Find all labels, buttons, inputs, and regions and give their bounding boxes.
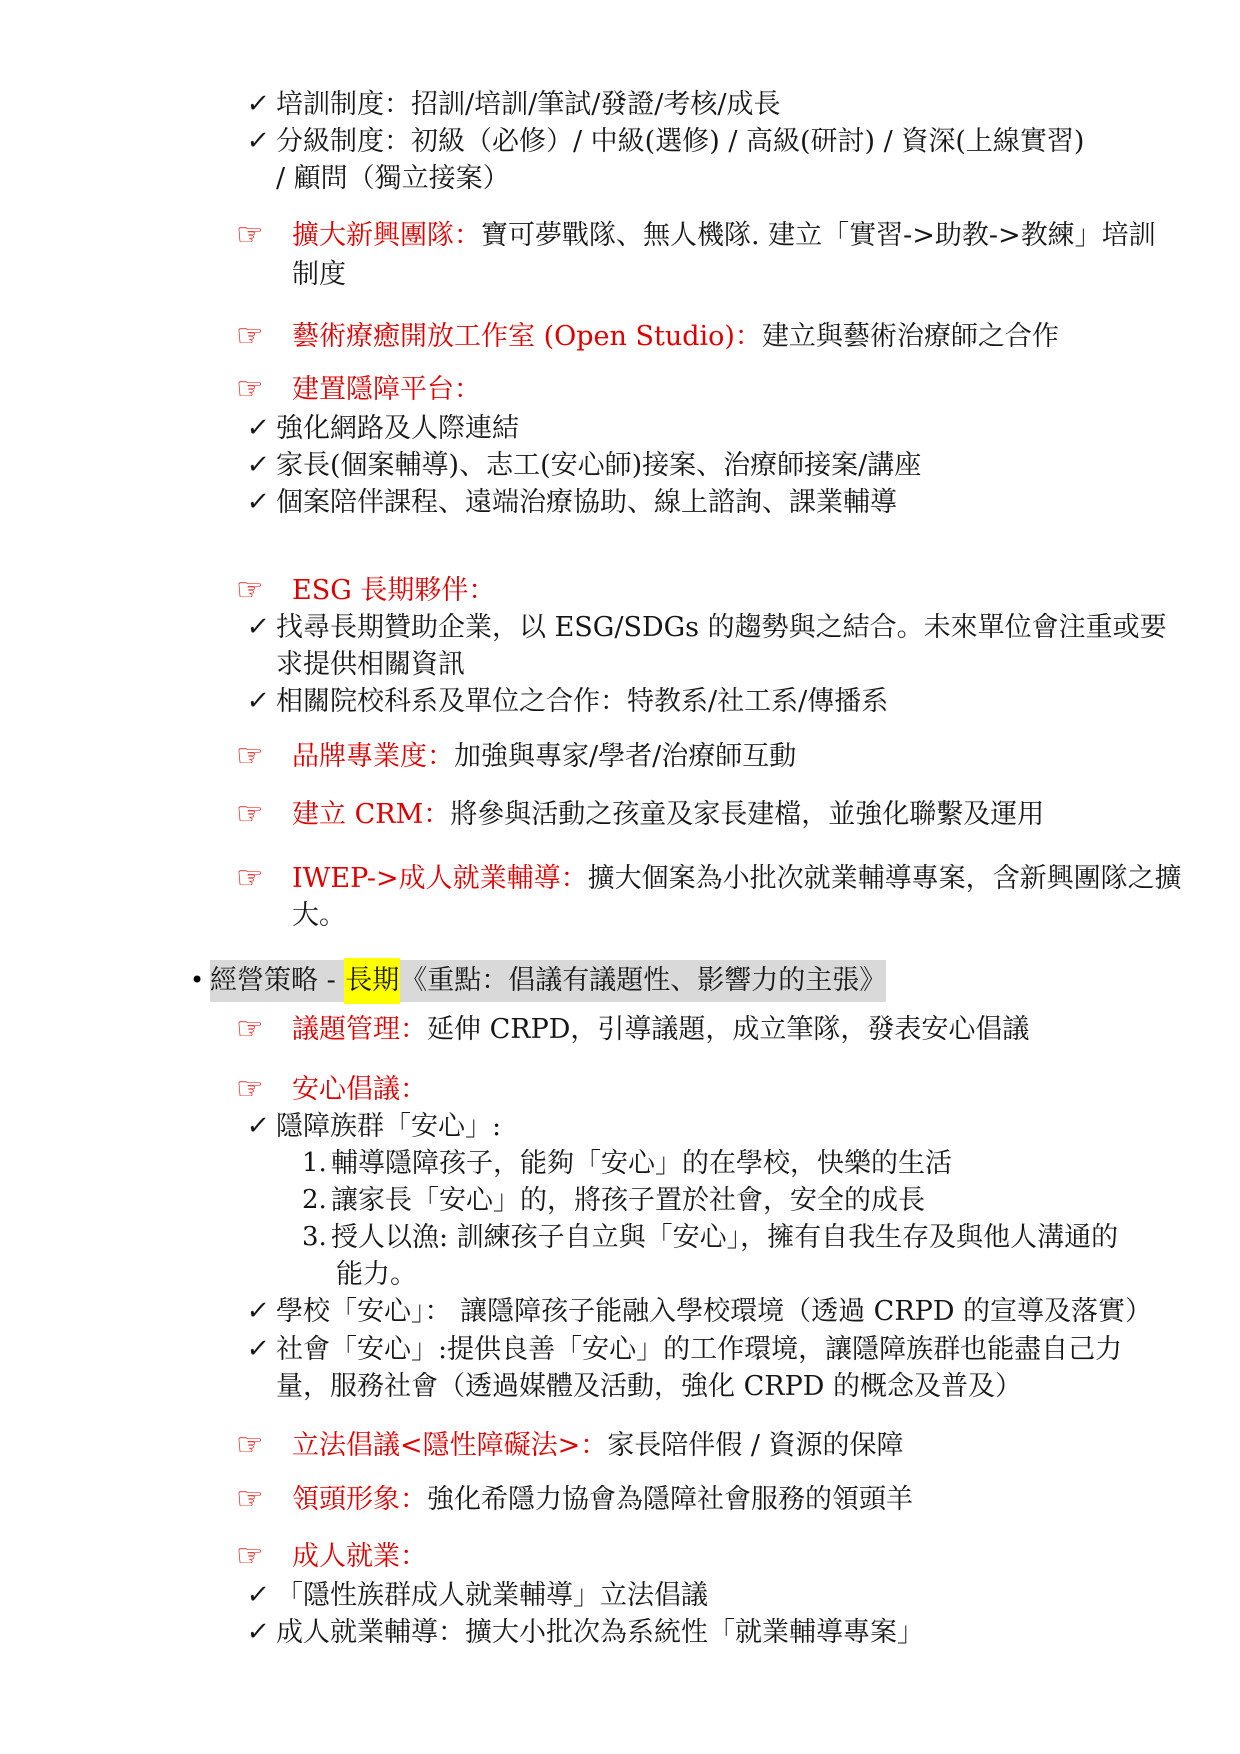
text-segment: 建置隱障平台： bbox=[292, 374, 481, 405]
continuation-line: 量，服務社會（透過媒體及活動，強化 CRPD 的概念及普及） bbox=[0, 1368, 1240, 1405]
pointer-item: ☞建置隱障平台： bbox=[0, 371, 1240, 408]
text-segment: 大。 bbox=[292, 900, 346, 931]
checklist-item: ✓成人就業輔導：擴大小批次為系統性「就業輔導專案」 bbox=[0, 1614, 1240, 1651]
text-segment: 品牌專業度： bbox=[292, 741, 454, 772]
text-segment: 經營策略 - bbox=[210, 960, 344, 1002]
check-icon: ✓ bbox=[244, 1108, 271, 1145]
text-segment: 求提供相關資訊 bbox=[276, 649, 465, 680]
text-segment: / 顧問（獨立接案） bbox=[276, 163, 510, 194]
pointer-item: ☞領頭形象：強化希隱力協會為隱障社會服務的領頭羊 bbox=[0, 1481, 1240, 1518]
text-segment: 成人就業： bbox=[292, 1541, 427, 1572]
text-segment: 隱障族群「安心」: bbox=[276, 1111, 501, 1142]
text-segment: 個案陪伴課程、遠端治療協助、線上諮詢、課業輔導 bbox=[276, 487, 897, 518]
text-segment: 「隱性族群成人就業輔導」立法倡議 bbox=[276, 1580, 708, 1611]
pointer-item: ☞安心倡議： bbox=[0, 1071, 1240, 1108]
continuation-line: 能力。 bbox=[0, 1256, 1240, 1293]
checklist-item: ✓社會「安心」:提供良善「安心」的工作環境，讓隱障族群也能盡自己力 bbox=[0, 1331, 1240, 1368]
bullet-icon: • bbox=[190, 962, 204, 999]
pointer-item: ☞品牌專業度：加強與專家/學者/治療師互動 bbox=[0, 738, 1240, 775]
text-segment: 藝術療癒開放工作室 (Open Studio)： bbox=[292, 321, 762, 352]
document-page: ✓培訓制度：招訓/培訓/筆試/發證/考核/成長✓分級制度：初級（必修）/ 中級(… bbox=[0, 0, 1240, 1754]
checklist-item: ✓培訓制度：招訓/培訓/筆試/發證/考核/成長 bbox=[0, 86, 1240, 123]
check-icon: ✓ bbox=[244, 1293, 271, 1330]
text-segment: 授人以漁: 訓練孩子自立與「安心」，擁有自我生存及與他人溝通的 bbox=[331, 1222, 1118, 1253]
check-icon: ✓ bbox=[244, 447, 271, 484]
text-segment: 找尋長期贊助企業，以 ESG/SDGs 的趨勢與之結合。未來單位會注重或要 bbox=[276, 612, 1167, 643]
text-segment: 強化希隱力協會為隱障社會服務的領頭羊 bbox=[427, 1484, 913, 1515]
pointer-item: ☞議題管理：延伸 CRPD，引導議題，成立筆隊，發表安心倡議 bbox=[0, 1011, 1240, 1048]
text-segment: 寶可夢戰隊、無人機隊. 建立「實習->助教->教練」培訓 bbox=[481, 220, 1156, 251]
checklist-item: ✓找尋長期贊助企業，以 ESG/SDGs 的趨勢與之結合。未來單位會注重或要 bbox=[0, 609, 1240, 646]
text-segment: 延伸 CRPD，引導議題，成立筆隊，發表安心倡議 bbox=[427, 1014, 1029, 1045]
pointing-finger-icon: ☞ bbox=[236, 318, 264, 355]
check-icon: ✓ bbox=[244, 609, 271, 646]
text-segment: 輔導隱障孩子，能夠「安心」的在學校，快樂的生活 bbox=[331, 1148, 952, 1179]
continuation-line: 制度 bbox=[0, 256, 1240, 293]
checklist-item: ✓強化網路及人際連結 bbox=[0, 410, 1240, 447]
pointer-item: ☞IWEP->成人就業輔導：擴大個案為小批次就業輔導專案，含新興團隊之擴 bbox=[0, 860, 1240, 897]
text-segment: 議題管理： bbox=[292, 1014, 427, 1045]
pointing-finger-icon: ☞ bbox=[236, 860, 264, 897]
pointing-finger-icon: ☞ bbox=[236, 1538, 264, 1575]
list-number: 3. bbox=[302, 1219, 327, 1256]
checklist-item: ✓「隱性族群成人就業輔導」立法倡議 bbox=[0, 1577, 1240, 1614]
pointing-finger-icon: ☞ bbox=[236, 1011, 264, 1048]
text-segment: ESG 長期夥伴： bbox=[292, 575, 495, 606]
pointing-finger-icon: ☞ bbox=[236, 572, 264, 609]
check-icon: ✓ bbox=[244, 123, 271, 160]
continuation-line: 求提供相關資訊 bbox=[0, 646, 1240, 683]
checklist-item: ✓分級制度：初級（必修）/ 中級(選修) / 高級(研討) / 資深(上線實習) bbox=[0, 123, 1240, 160]
section-bullet-item: •經營策略 - 長期《重點：倡議有議題性、影響力的主張》 bbox=[0, 962, 1240, 999]
document-content: ✓培訓制度：招訓/培訓/筆試/發證/考核/成長✓分級制度：初級（必修）/ 中級(… bbox=[0, 0, 1240, 1754]
text-segment: 強化網路及人際連結 bbox=[276, 413, 519, 444]
check-icon: ✓ bbox=[244, 484, 271, 521]
text-segment: 將參與活動之孩童及家長建檔，並強化聯繫及運用 bbox=[450, 799, 1044, 830]
checklist-item: ✓相關院校科系及單位之合作：特教系/社工系/傳播系 bbox=[0, 683, 1240, 720]
text-segment: 立法倡議<隱性障礙法>： bbox=[292, 1430, 607, 1461]
text-segment: 加強與專家/學者/治療師互動 bbox=[454, 741, 796, 772]
pointing-finger-icon: ☞ bbox=[236, 1427, 264, 1464]
pointing-finger-icon: ☞ bbox=[236, 796, 264, 833]
pointer-item: ☞ESG 長期夥伴： bbox=[0, 572, 1240, 609]
pointing-finger-icon: ☞ bbox=[236, 738, 264, 775]
text-segment: 建立與藝術治療師之合作 bbox=[762, 321, 1059, 352]
text-segment: 建立 CRM： bbox=[292, 799, 450, 830]
text-segment: 相關院校科系及單位之合作：特教系/社工系/傳播系 bbox=[276, 686, 888, 717]
numbered-item: 3.授人以漁: 訓練孩子自立與「安心」，擁有自我生存及與他人溝通的 bbox=[0, 1219, 1240, 1256]
pointer-item: ☞建立 CRM：將參與活動之孩童及家長建檔，並強化聯繫及運用 bbox=[0, 796, 1240, 833]
numbered-item: 2.讓家長「安心」的，將孩子置於社會，安全的成長 bbox=[0, 1182, 1240, 1219]
checklist-item: ✓學校「安心」： 讓隱障孩子能融入學校環境（透過 CRPD 的宣導及落實） bbox=[0, 1293, 1240, 1330]
list-number: 2. bbox=[302, 1182, 327, 1219]
text-segment: 能力。 bbox=[336, 1259, 417, 1290]
continuation-line: 大。 bbox=[0, 897, 1240, 934]
text-segment: 擴大新興團隊： bbox=[292, 220, 481, 251]
text-segment: 分級制度：初級（必修）/ 中級(選修) / 高級(研討) / 資深(上線實習) bbox=[276, 126, 1084, 157]
text-segment: 成人就業輔導：擴大小批次為系統性「就業輔導專案」 bbox=[276, 1617, 924, 1648]
text-segment: 社會「安心」:提供良善「安心」的工作環境，讓隱障族群也能盡自己力 bbox=[276, 1334, 1122, 1365]
text-segment: 擴大個案為小批次就業輔導專案，含新興團隊之擴 bbox=[588, 863, 1182, 894]
pointer-item: ☞立法倡議<隱性障礙法>：家長陪伴假 / 資源的保障 bbox=[0, 1427, 1240, 1464]
list-number: 1. bbox=[302, 1145, 327, 1182]
text-segment: 家長(個案輔導)、志工(安心師)接案、治療師接案/講座 bbox=[276, 450, 921, 481]
pointing-finger-icon: ☞ bbox=[236, 371, 264, 408]
pointing-finger-icon: ☞ bbox=[236, 1481, 264, 1518]
check-icon: ✓ bbox=[244, 1614, 271, 1651]
text-segment: 制度 bbox=[292, 259, 346, 290]
pointer-item: ☞藝術療癒開放工作室 (Open Studio)：建立與藝術治療師之合作 bbox=[0, 318, 1240, 355]
text-segment: 學校「安心」： 讓隱障孩子能融入學校環境（透過 CRPD 的宣導及落實） bbox=[276, 1296, 1152, 1327]
check-icon: ✓ bbox=[244, 683, 271, 720]
text-segment: 領頭形象： bbox=[292, 1484, 427, 1515]
text-segment: 讓家長「安心」的，將孩子置於社會，安全的成長 bbox=[331, 1185, 925, 1216]
pointing-finger-icon: ☞ bbox=[236, 1071, 264, 1108]
text-segment: 安心倡議： bbox=[292, 1074, 427, 1105]
check-icon: ✓ bbox=[244, 410, 271, 447]
pointer-item: ☞擴大新興團隊：寶可夢戰隊、無人機隊. 建立「實習->助教->教練」培訓 bbox=[0, 217, 1240, 254]
checklist-item: ✓個案陪伴課程、遠端治療協助、線上諮詢、課業輔導 bbox=[0, 484, 1240, 521]
check-icon: ✓ bbox=[244, 1577, 271, 1614]
text-segment: 培訓制度：招訓/培訓/筆試/發證/考核/成長 bbox=[276, 89, 780, 120]
text-segment: 長期 bbox=[344, 958, 400, 1004]
checklist-item: ✓家長(個案輔導)、志工(安心師)接案、治療師接案/講座 bbox=[0, 447, 1240, 484]
check-icon: ✓ bbox=[244, 1331, 271, 1368]
text-segment: IWEP->成人就業輔導： bbox=[292, 863, 588, 894]
pointer-item: ☞成人就業： bbox=[0, 1538, 1240, 1575]
text-segment: 《重點：倡議有議題性、影響力的主張》 bbox=[400, 960, 886, 1002]
checklist-item: ✓隱障族群「安心」: bbox=[0, 1108, 1240, 1145]
text-segment: 量，服務社會（透過媒體及活動，強化 CRPD 的概念及普及） bbox=[276, 1371, 1022, 1402]
pointing-finger-icon: ☞ bbox=[236, 217, 264, 254]
continuation-line: / 顧問（獨立接案） bbox=[0, 160, 1240, 197]
text-segment: 家長陪伴假 / 資源的保障 bbox=[607, 1430, 903, 1461]
numbered-item: 1.輔導隱障孩子，能夠「安心」的在學校，快樂的生活 bbox=[0, 1145, 1240, 1182]
check-icon: ✓ bbox=[244, 86, 271, 123]
